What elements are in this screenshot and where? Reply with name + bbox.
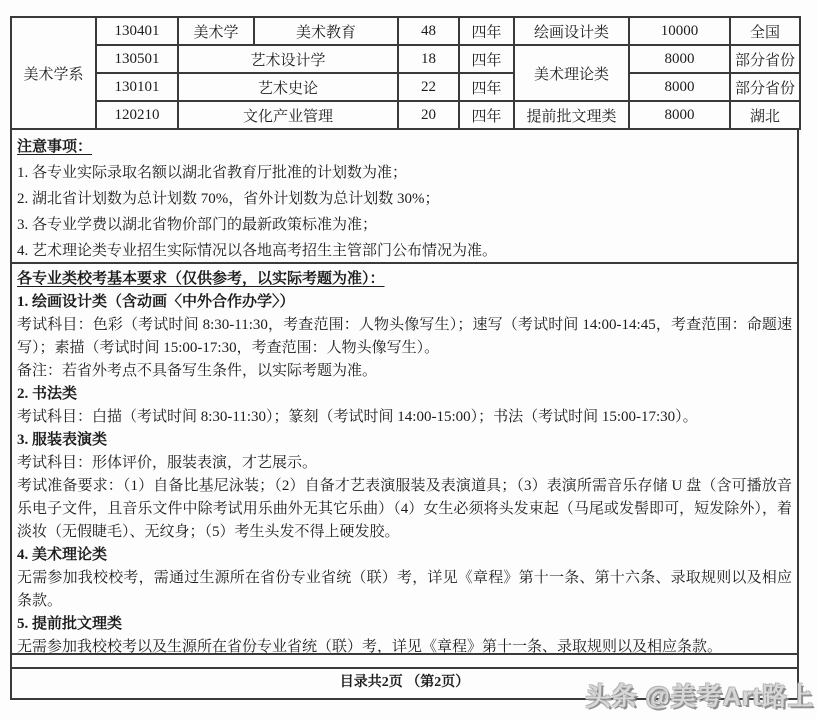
admission-table: 美术学系 130401 美术学 美术教育 48 四年 绘画设计类 10000 全… — [10, 16, 801, 130]
requirements-section: 各专业类校考基本要求（仅供参考，以实际考题为准）： 1. 绘画设计类（含动画〈中… — [10, 264, 799, 655]
spacer-row — [10, 655, 799, 669]
major-code: 130401 — [96, 17, 178, 45]
notes-section: 注意事项： 1. 各专业实际录取名额以湖北省教育厅批准的计划数为准； 2. 湖北… — [10, 130, 799, 264]
major-name: 艺术设计学 — [178, 45, 398, 73]
notes-title: 注意事项： — [17, 134, 792, 160]
note-item: 1. 各专业实际录取名额以湖北省教育厅批准的计划数为准； — [17, 160, 792, 186]
duration: 四年 — [459, 17, 514, 45]
major-name: 艺术史论 — [178, 73, 398, 101]
table-row: 120210 文化产业管理 20 四年 提前批文理类 8000 湖北 — [11, 101, 800, 129]
major-direction: 美术教育 — [254, 17, 398, 45]
exam-category: 美术理论类 — [514, 45, 629, 101]
table-row: 美术学系 130401 美术学 美术教育 48 四年 绘画设计类 10000 全… — [11, 17, 800, 45]
requirement-heading: 4. 美术理论类 — [17, 544, 792, 567]
plan-count: 48 — [398, 17, 459, 45]
exam-category: 绘画设计类 — [514, 17, 629, 45]
duration: 四年 — [459, 45, 514, 73]
page-info: 目录共2页 （第2页） — [340, 675, 470, 690]
major-code: 130101 — [96, 73, 178, 101]
region: 部分省份 — [730, 73, 800, 101]
tuition: 8000 — [629, 101, 730, 129]
requirement-heading: 1. 绘画设计类（含动画〈中外合作办学〉） — [17, 291, 792, 314]
exam-category: 提前批文理类 — [514, 101, 629, 129]
region: 部分省份 — [730, 45, 800, 73]
page-canvas: 美术学系 130401 美术学 美术教育 48 四年 绘画设计类 10000 全… — [0, 0, 817, 719]
requirements-title: 各专业类校考基本要求（仅供参考，以实际考题为准）： — [17, 268, 792, 291]
major-code: 130501 — [96, 45, 178, 73]
duration: 四年 — [459, 73, 514, 101]
table-row: 130501 艺术设计学 18 四年 美术理论类 8000 部分省份 — [11, 45, 800, 73]
requirement-text: 备注：若省外考点不具备写生条件，以实际考题为准。 — [17, 360, 792, 383]
requirement-text: 考试科目：色彩（考试时间 8:30-11:30，考查范围：人物头像写生）；速写（… — [17, 314, 792, 360]
tuition: 8000 — [629, 45, 730, 73]
requirement-heading: 2. 书法类 — [17, 383, 792, 406]
plan-count: 18 — [398, 45, 459, 73]
tuition: 10000 — [629, 17, 730, 45]
plan-count: 22 — [398, 73, 459, 101]
major-code: 120210 — [96, 101, 178, 129]
watermark: 头条 @美考Art路上 — [586, 677, 814, 713]
note-item: 4. 艺术理论类专业招生实际情况以各地高考招生主管部门公布情况为准。 — [17, 238, 792, 264]
document: 美术学系 130401 美术学 美术教育 48 四年 绘画设计类 10000 全… — [10, 16, 799, 700]
requirement-heading: 3. 服装表演类 — [17, 429, 792, 452]
major-name: 美术学 — [178, 17, 254, 45]
note-item: 3. 各专业学费以湖北省物价部门的最新政策标准为准； — [17, 212, 792, 238]
requirement-heading: 5. 提前批文理类 — [17, 613, 792, 636]
tuition: 8000 — [629, 73, 730, 101]
requirement-text: 考试准备要求：（1）自备比基尼泳装；（2）自备才艺表演服装及表演道具；（3）表演… — [17, 475, 792, 544]
requirement-text: 无需参加我校校考，需通过生源所在省份专业省统（联）考，详见《章程》第十一条、第十… — [17, 567, 792, 613]
duration: 四年 — [459, 101, 514, 129]
note-item: 2. 湖北省计划数为总计划数 70%，省外计划数为总计划数 30%； — [17, 186, 792, 212]
region: 全国 — [730, 17, 800, 45]
department-cell: 美术学系 — [11, 17, 96, 129]
requirement-text: 无需参加我校校考以及生源所在省份专业省统（联）考，详见《章程》第十一条、录取规则… — [17, 636, 792, 655]
major-name: 文化产业管理 — [178, 101, 398, 129]
table-row: 130101 艺术史论 22 四年 8000 部分省份 — [11, 73, 800, 101]
plan-count: 20 — [398, 101, 459, 129]
requirement-text: 考试科目：形体评价，服装表演，才艺展示。 — [17, 452, 792, 475]
region: 湖北 — [730, 101, 800, 129]
requirement-text: 考试科目：白描（考试时间 8:30-11:30）；篆刻（考试时间 14:00-1… — [17, 406, 792, 429]
